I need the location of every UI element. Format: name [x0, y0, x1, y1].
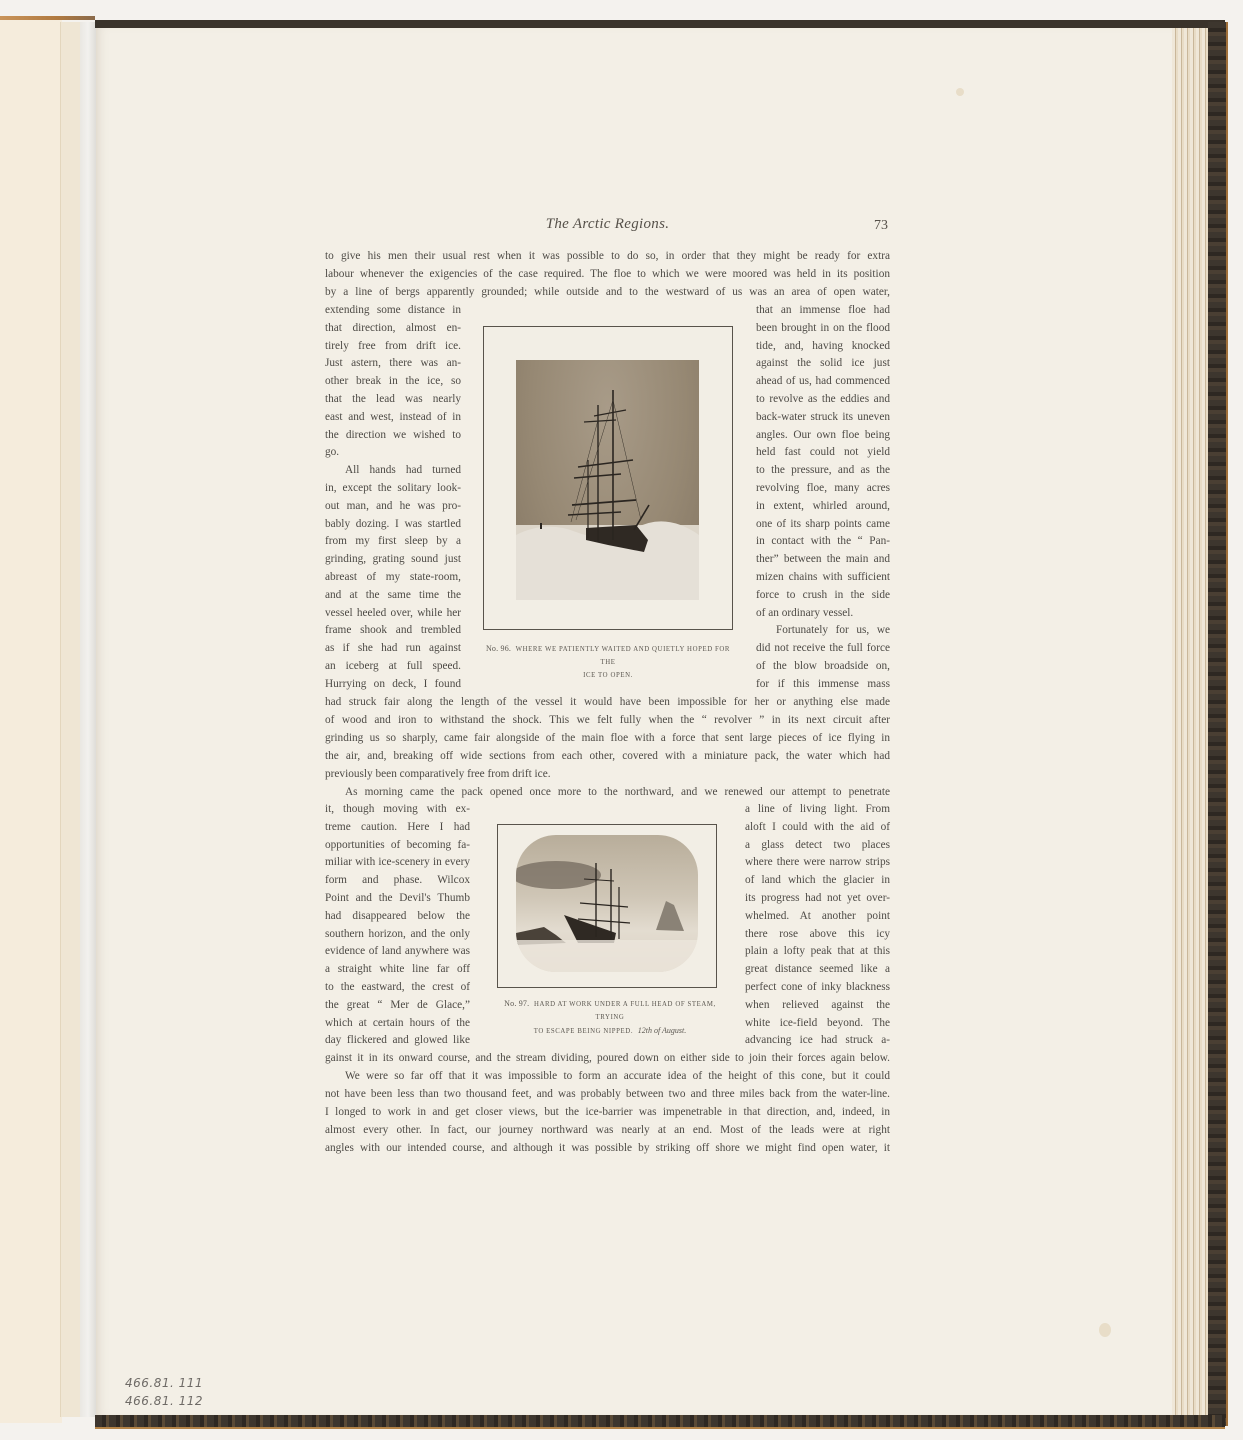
- text-line: We were so far off that it was impossibl…: [325, 1068, 890, 1086]
- text-line: revolving floe, many acres: [756, 480, 890, 498]
- figure-number: No. 96.: [486, 644, 511, 653]
- text-line: been brought in on the flood: [756, 320, 890, 338]
- text-line: a straight white line far off: [325, 961, 470, 979]
- text-line: that the lead was nearly: [325, 391, 461, 409]
- text-line: had struck fair along the length of the …: [325, 694, 890, 712]
- text-line: ther” between the main and: [756, 551, 890, 569]
- text-line: a glass detect two places: [745, 837, 890, 855]
- text-line: grinding, grating sound just: [325, 551, 461, 569]
- text-line: east and west, instead of in: [325, 409, 461, 427]
- text-line: whelmed. At another point: [745, 908, 890, 926]
- text-line: a line of living light. From: [745, 801, 890, 819]
- catalog-number: 466.81. 111: [125, 1376, 203, 1390]
- text-line: back-water struck its uneven: [756, 409, 890, 427]
- text-line: to the eastward, the crest of: [325, 979, 470, 997]
- text-line: evidence of land anywhere was: [325, 943, 470, 961]
- text-line: which at certain hours of the: [325, 1015, 470, 1033]
- text-line: by a line of bergs apparently grounded; …: [325, 284, 890, 302]
- text-line: All hands had turned: [325, 462, 461, 480]
- text-line: did not receive the full force: [756, 640, 890, 658]
- text-line: where there were narrow strips: [745, 854, 890, 872]
- text-line: advancing ice had struck a-: [745, 1032, 890, 1050]
- text-line: Just astern, there was an-: [325, 355, 461, 373]
- text-line: previously been comparatively free from …: [325, 766, 890, 784]
- text-line: out man, and he was pro-: [325, 498, 461, 516]
- text-line: opportunities of becoming fa-: [325, 837, 470, 855]
- binding-tissue: [80, 22, 97, 1417]
- text-line: angles with our intended course, and alt…: [325, 1140, 890, 1158]
- text-line: in extent, whirled around,: [756, 498, 890, 516]
- text-line: vessel heeled over, while her: [325, 605, 461, 623]
- text-line: Point and the Devil's Thumb: [325, 890, 470, 908]
- text-line: As morning came the pack opened once mor…: [325, 784, 890, 802]
- text-line: white ice-field beyond. The: [745, 1015, 890, 1033]
- text-line: extending some distance in: [325, 302, 461, 320]
- text-line: almost every other. In fact, our journey…: [325, 1122, 890, 1140]
- text-line: labour whenever the exigencies of the ca…: [325, 266, 890, 284]
- running-head: The Arctic Regions. 73: [325, 216, 890, 236]
- foxing-spot: [1099, 1323, 1111, 1337]
- ship-illustration-icon: [516, 835, 698, 972]
- text-line: tirely free from drift ice.: [325, 338, 461, 356]
- text-line: miliar with ice-scenery in every: [325, 854, 470, 872]
- text-line: that direction, almost en-: [325, 320, 461, 338]
- text-line: for if this immense mass: [756, 676, 890, 694]
- text-line: frame shook and trembled: [325, 622, 461, 640]
- text-line: aloft I could with the aid of: [745, 819, 890, 837]
- text-line: Fortunately for us, we: [756, 622, 890, 640]
- caption-line-2: to escape being nipped.: [534, 1028, 633, 1035]
- text-line: ahead of us, had commenced: [756, 373, 890, 391]
- text-line: the air, and, breaking off wide sections…: [325, 748, 890, 766]
- text-line: an iceberg at full speed.: [325, 658, 461, 676]
- left-cover-edge: [0, 16, 95, 20]
- text-line: grinding us so sharply, came fair alongs…: [325, 730, 890, 748]
- caption-line-1: Hard at work under a full head of steam,…: [534, 1001, 716, 1021]
- text-line: to give his men their usual rest when it…: [325, 248, 890, 266]
- text-line: form and phase. Wilcox: [325, 872, 470, 890]
- text-line: as if she had run against: [325, 640, 461, 658]
- text-line: day flickered and glowed like: [325, 1032, 470, 1050]
- text-line: go.: [325, 444, 461, 462]
- text-line: force to crush in the side: [756, 587, 890, 605]
- text-line: from my first sleep by a: [325, 533, 461, 551]
- text-line: angles. Our own floe being: [756, 427, 890, 445]
- ship-in-ice-photograph: [516, 360, 699, 600]
- text-line: great distance seemed like a: [745, 961, 890, 979]
- text-line: of wood and iron to withstand the shock.…: [325, 712, 890, 730]
- ship-illustration-icon: [516, 360, 699, 600]
- text-line: of the blow broadside on,: [756, 658, 890, 676]
- text-line: in contact with the “ Pan-: [756, 533, 890, 551]
- text-line: perfect cone of inky blackness: [745, 979, 890, 997]
- text-line: southern horizon, and the only: [325, 926, 470, 944]
- text-line: abreast of my state-room,: [325, 569, 461, 587]
- text-line: plain a lofty peak that at this: [745, 943, 890, 961]
- text-line: in, except the solitary look-: [325, 480, 461, 498]
- cover-right-edge: [1208, 22, 1228, 1426]
- foxing-spot: [956, 88, 964, 96]
- text-line: to the pressure, and as the: [756, 462, 890, 480]
- text-line: Hurrying on deck, I found: [325, 676, 461, 694]
- text-line: its progress had not yet over-: [745, 890, 890, 908]
- running-title: The Arctic Regions.: [325, 216, 890, 233]
- page-edges: [1172, 28, 1208, 1415]
- text-line: the great “ Mer de Glace,”: [325, 997, 470, 1015]
- text-line: to revolve as the eddies and: [756, 391, 890, 409]
- text-line: one of its sharp points came: [756, 516, 890, 534]
- text-line: bably dozing. I was startled: [325, 516, 461, 534]
- left-column-1: extending some distance in that directio…: [325, 302, 461, 694]
- right-column-2: a line of living light. From aloft I cou…: [745, 801, 890, 1050]
- text-line: the direction we wished to: [325, 427, 461, 445]
- caption-date: 12th of August.: [638, 1026, 687, 1035]
- text-line: when relieved against the: [745, 997, 890, 1015]
- left-column-2: it, though moving with ex- treme caution…: [325, 801, 470, 1050]
- text-line: and at the same time the: [325, 587, 461, 605]
- text-line: there rose above this icy: [745, 926, 890, 944]
- text-line: of land which the glacier in: [745, 872, 890, 890]
- text-line: held fast could not yield: [756, 444, 890, 462]
- binding-gutter: [60, 22, 82, 1417]
- ship-steaming-oval-photograph: [516, 835, 698, 972]
- cover-bottom-edge: [95, 1415, 1225, 1429]
- text-line: treme caution. Here I had: [325, 819, 470, 837]
- text-line: that an immense floe had: [756, 302, 890, 320]
- figure-caption: No. 97. Hard at work under a full head o…: [490, 997, 730, 1038]
- text-line: gainst it in its onward course, and the …: [325, 1050, 890, 1068]
- text-line: it, though moving with ex-: [325, 801, 470, 819]
- right-column-1: that an immense floe had been brought in…: [756, 302, 890, 694]
- caption-line-1: Where we patiently waited and quietly ho…: [516, 646, 730, 666]
- text-line: not have been less than two thousand fee…: [325, 1086, 890, 1104]
- figure-caption: No. 96. Where we patiently waited and qu…: [483, 642, 733, 682]
- text-line: mizen chains with sufficient: [756, 569, 890, 587]
- text-line: other break in the ice, so: [325, 373, 461, 391]
- left-page: [0, 18, 62, 1423]
- text-line: against the solid ice just: [756, 355, 890, 373]
- caption-line-2: Ice to open.: [583, 672, 633, 679]
- text-line: I longed to work in and get closer views…: [325, 1104, 890, 1122]
- text-line: of an ordinary vessel.: [756, 605, 890, 623]
- text-line: had disappeared below the: [325, 908, 470, 926]
- text-line: tide, and, having knocked: [756, 338, 890, 356]
- figure-number: No. 97.: [504, 999, 529, 1008]
- cover-top-edge: [95, 20, 1225, 28]
- catalog-number: 466.81. 112: [125, 1394, 203, 1408]
- page-number: 73: [874, 218, 888, 234]
